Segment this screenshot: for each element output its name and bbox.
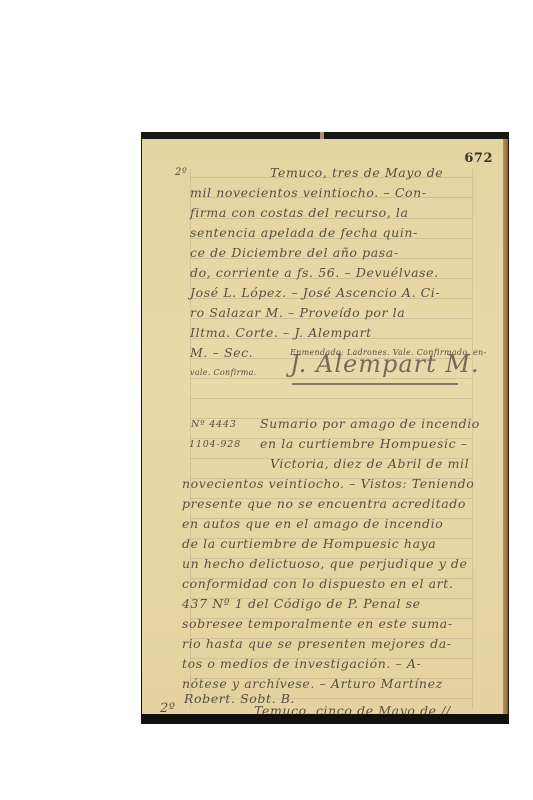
entry-2-title: en la curtiembre Hompuesic – [260,436,468,451]
binding-edge [503,139,508,714]
entry-2-line: Victoria, diez de Abril de mil [270,456,469,471]
entry-2-line: conformidad con lo dispuesto en el art. [182,576,453,591]
top-binding-crease [320,132,324,139]
entry-1-note-2: vale. Confirma. [190,368,257,377]
entry-2-line: nótese y archívese. – Arturo Martínez [182,676,443,691]
bottom-binding-shadow [141,714,509,724]
entry-2-line: en autos que en el amago de incendio [182,516,443,531]
entry-1-line: firma con costas del recurso, la [190,205,409,220]
entry-2-line: tos o medios de investigación. – A- [182,656,421,671]
entry-1-line: do, corriente a fs. 56. – Devuélvase. [190,265,439,280]
entry-2-line: rio hasta que se presenten mejores da- [182,636,452,651]
page-number: 672 [464,151,493,166]
right-margin-line [472,169,473,709]
entry-3-line: Temuco, cinco de Mayo de // [254,703,451,714]
signature-underline [292,383,458,385]
entry-2-line: sobresee temporalmente en este suma- [182,616,453,631]
entry-2-line: 437 Nº 1 del Código de P. Penal se [182,596,421,611]
entry-3-marker: 2º [160,701,176,714]
entry-1-line: Iltma. Corte. – J. Alempart [190,325,372,340]
entry-1-line: ro Salazar M. – Proveído por la [190,305,405,320]
ledger-page: 672 2º Temuco, tres de Mayo de mil novec… [142,139,503,714]
entry-2-line: un hecho delictuoso, que perjudique y de [182,556,468,571]
entry-2-number: Nº 4443 [191,419,237,430]
entry-1-line: sentencia apelada de fecha quin- [190,225,418,240]
entry-1-line: M. – Sec. [190,345,253,360]
entry-2-title: Sumario por amago de incendio [260,416,480,431]
entry-2-line: presente que no se encuentra acreditado [182,496,466,511]
entry-1-marker: 2º [175,167,187,178]
entry-2-line: de la curtiembre de Hompuesic haya [182,536,436,551]
entry-1-line: ce de Diciembre del año pasa- [190,245,399,260]
entry-1-line: mil novecientos veintiocho. – Con- [190,185,427,200]
entry-1-line: Temuco, tres de Mayo de [270,165,443,180]
signature: J. Alempart M. [290,350,480,378]
ruled-line [190,398,472,399]
entry-2-line: novecientos veintiocho. – Vistos: Tenien… [182,476,474,491]
entry-1-line: José L. López. – José Ascencio A. Ci- [190,285,440,300]
ruled-line [190,378,472,379]
entry-2-number-2: 1104-928 [189,439,241,450]
